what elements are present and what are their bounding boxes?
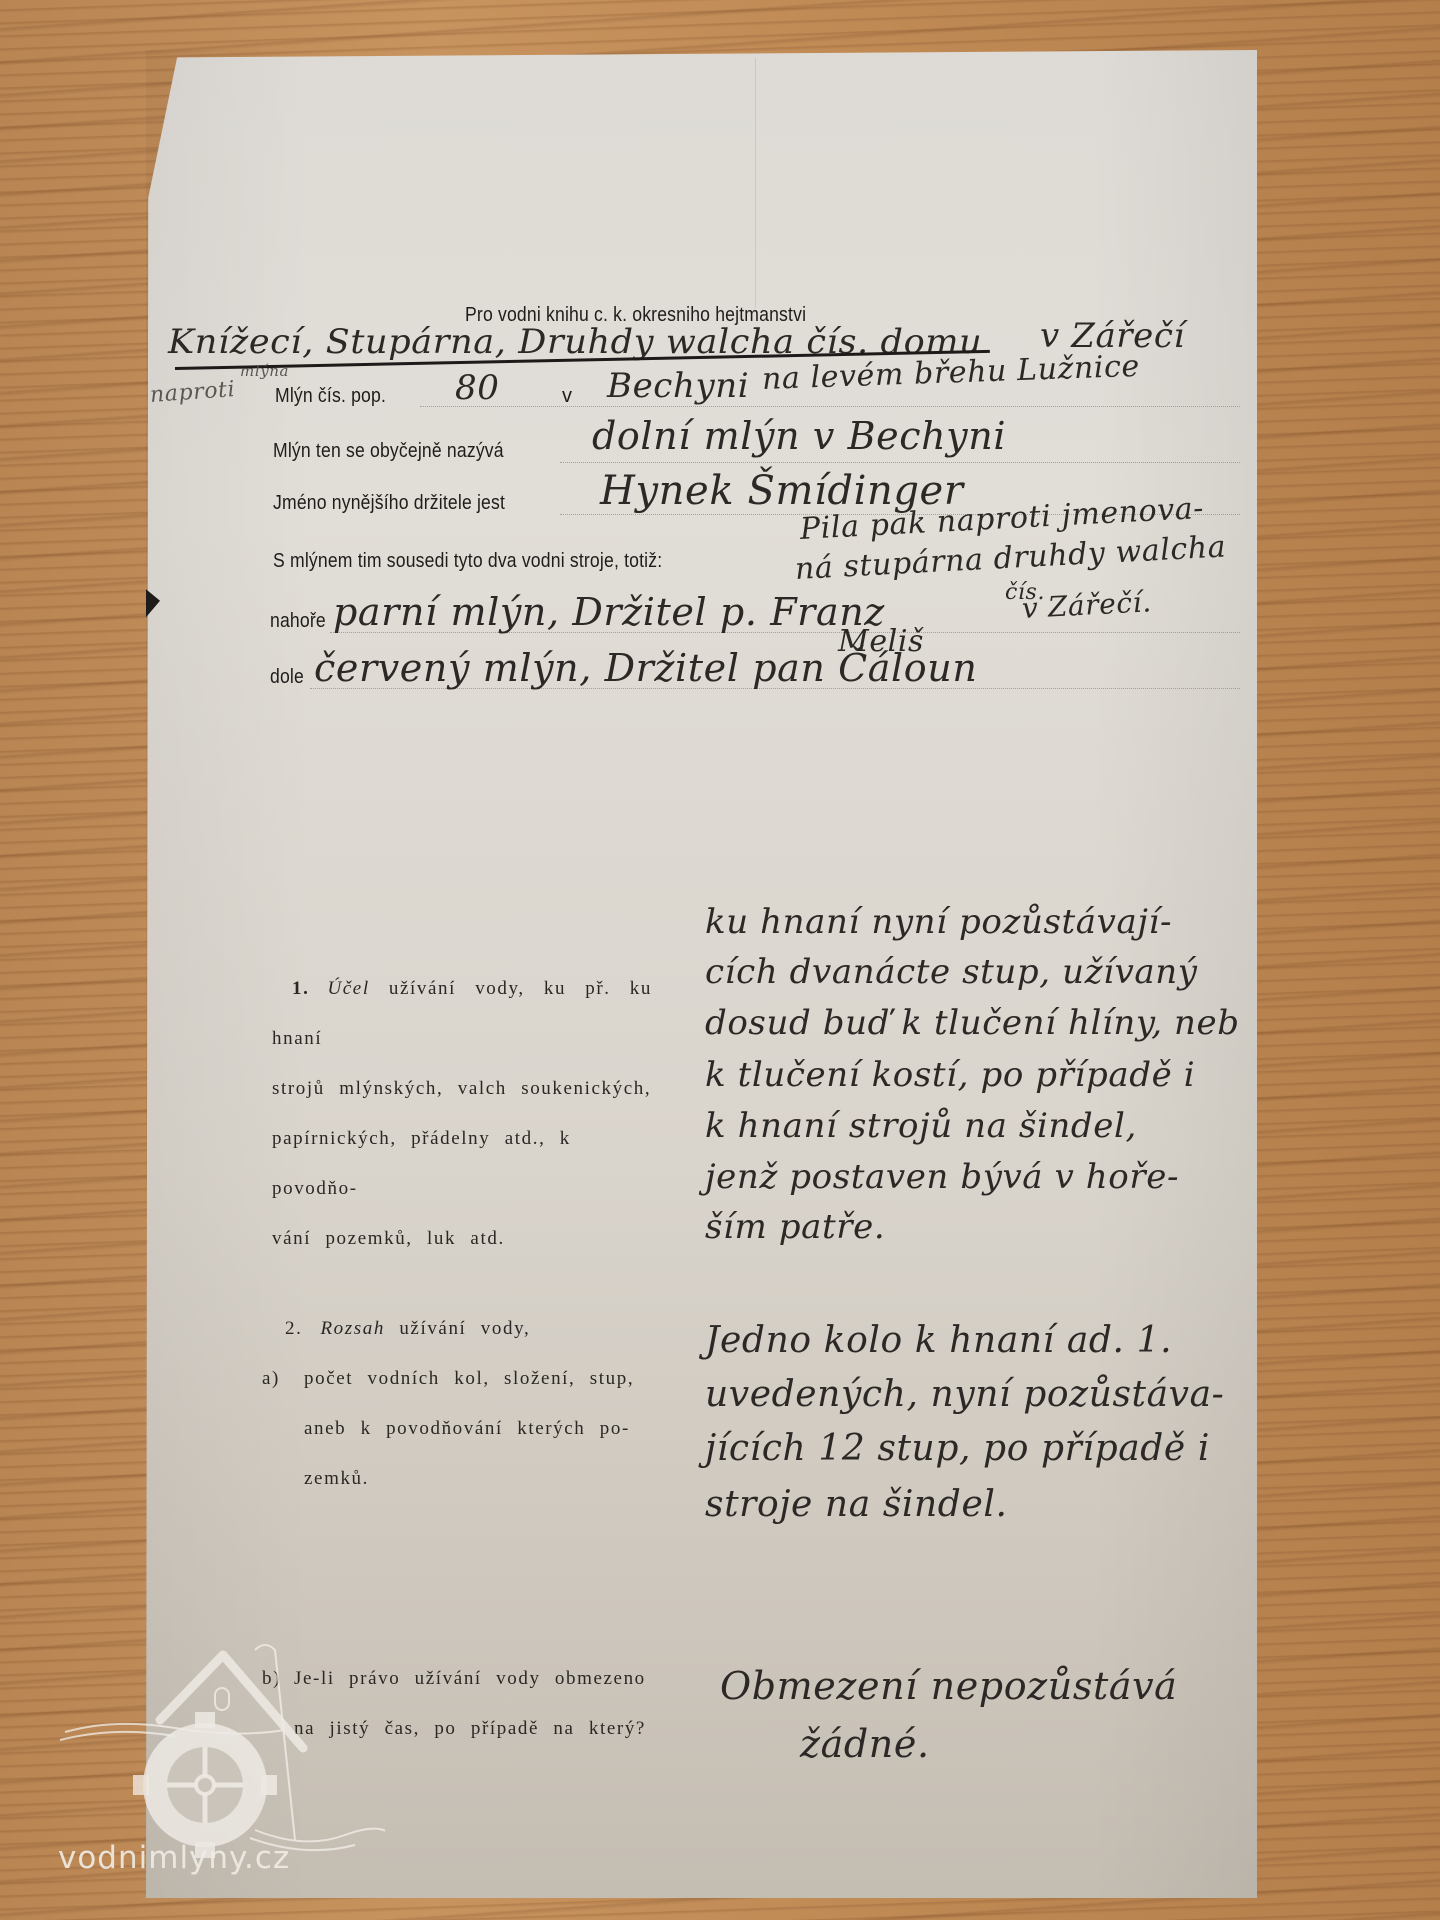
mill-number-value: 80	[455, 368, 499, 408]
question-2a-line-2: aneb k povodňování kterých po-	[262, 1404, 662, 1454]
answer-1-line-3: dosud buď k tlučení hlíny, neb	[705, 1003, 1240, 1043]
above-label: nahoře	[270, 610, 326, 633]
answer-1-line-2: cích dvanácte stup, užívaný	[705, 952, 1198, 992]
question-2-line-1: užívání vody,	[399, 1318, 530, 1339]
question-1-line-4: vání pozemků, luk atd.	[272, 1214, 652, 1264]
location-label: v	[562, 385, 572, 408]
margin-marker-icon	[146, 587, 160, 617]
answer-1-line-6: jenž postaven bývá v hoře-	[705, 1157, 1179, 1197]
handwritten-overline: Knížecí, Stupárna, Druhdy walcha čís. do…	[168, 322, 982, 362]
question-2a-label: a)	[262, 1354, 304, 1404]
answer-2a-line-2: uvedených, nyní pozůstáva-	[705, 1374, 1224, 1415]
margin-note-insert: mlýna	[240, 362, 289, 380]
question-1-keyword: Účel	[327, 978, 369, 999]
neighbours-note-3: v Zářečí.	[1021, 585, 1152, 625]
answer-2a-line-3: jících 12 stup, po případě i	[705, 1428, 1210, 1469]
answer-1-line-1: ku hnaní nyní pozůstávají-	[705, 902, 1172, 942]
question-2-number: 2.	[285, 1318, 302, 1339]
paper-fold-line	[755, 58, 756, 308]
neighbours-label: S mlýnem tim sousedi tyto dva vodni stro…	[273, 550, 662, 573]
question-1: 1.Účel užívání vody, ku př. ku hnaní str…	[272, 964, 652, 1264]
mill-number-label: Mlýn čís. pop.	[275, 385, 386, 408]
common-name-line	[560, 462, 1240, 463]
question-2a-line-3: zemků.	[262, 1454, 662, 1504]
question-2-keyword: Rozsah	[320, 1318, 385, 1339]
answer-2a-line-1: Jedno kolo k hnaní ad. 1.	[705, 1320, 1172, 1361]
location-value: Bechyni	[607, 366, 749, 406]
common-name-label: Mlýn ten se obyčejně nazývá	[273, 440, 504, 463]
watermark-text: vodnimlyny.cz	[58, 1840, 290, 1876]
question-1-line-3: papírnických, přádelny atd., k povodňo-	[272, 1114, 652, 1214]
answer-2b-line-2: žádné.	[800, 1722, 930, 1766]
question-2: 2.Rozsah užívání vody, a) počet vodních …	[262, 1304, 662, 1504]
answer-1-line-5: k hnaní strojů na šindel,	[705, 1106, 1137, 1146]
below-value: červený mlýn, Držitel pan Čáloun	[314, 646, 977, 690]
question-1-line-2: strojů mlýnských, valch soukenických,	[272, 1064, 652, 1114]
answer-2a-line-4: stroje na šindel.	[705, 1484, 1008, 1525]
answer-2b-line-1: Obmezení nepozůstává	[720, 1664, 1177, 1708]
question-1-number: 1.	[292, 978, 309, 999]
below-label: dole	[270, 666, 304, 689]
answer-1-line-4: k tlučení kostí, po případě i	[705, 1055, 1195, 1095]
common-name-value: dolní mlýn v Bechyni	[592, 414, 1006, 458]
question-2a-line-1: počet vodních kol, složení, stup,	[304, 1354, 634, 1404]
holder-label: Jméno nynějšího držitele jest	[273, 492, 505, 515]
above-value: parní mlýn, Držitel p. Franz	[333, 590, 885, 634]
answer-1-line-7: ším patře.	[705, 1207, 885, 1247]
mill-number-line	[420, 406, 1240, 407]
